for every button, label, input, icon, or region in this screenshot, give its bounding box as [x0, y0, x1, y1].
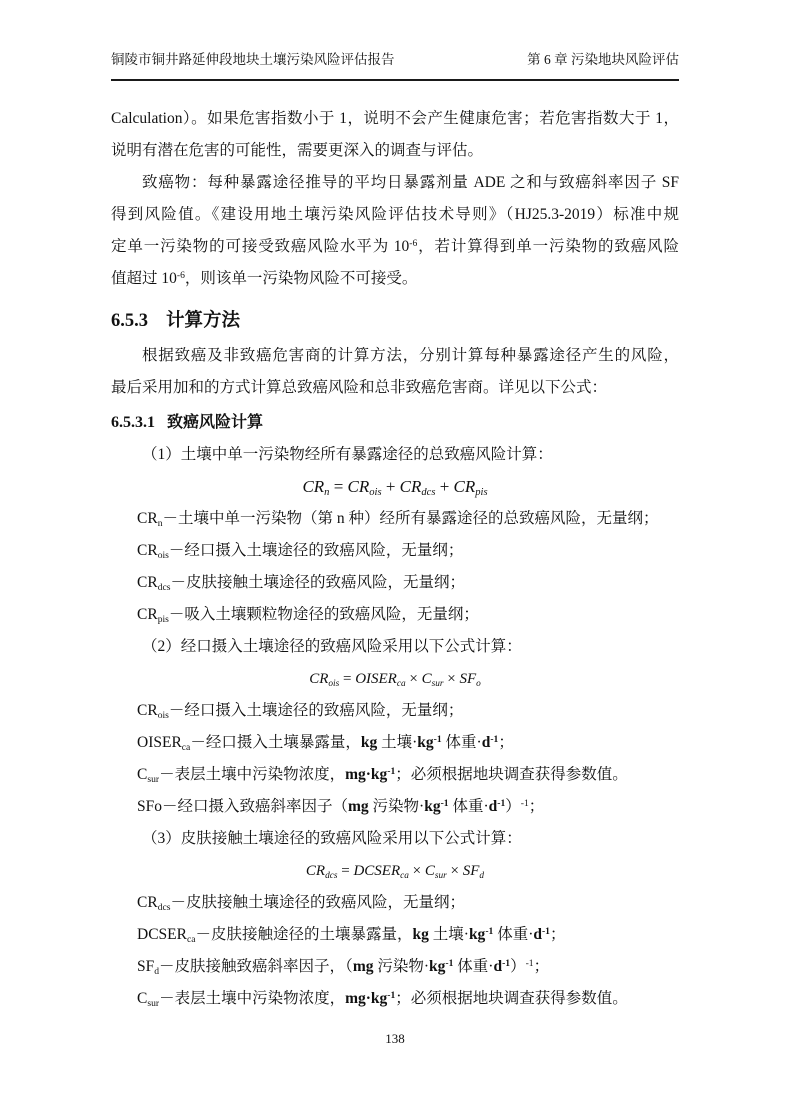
definition-line: CRn－土壤中单一污染物（第 n 种）经所有暴露途径的总致癌风险，无量纲； [111, 503, 679, 535]
definition-line: SFd－皮肤接触致癌斜率因子，（mg 污染物·kg-1 体重·d-1）-1； [111, 951, 679, 983]
header-chapter-title: 第 6 章 污染地块风险评估 [527, 50, 679, 70]
formula-oral-ingestion-risk: CRois = OISERca × Csur × SFo [111, 663, 679, 695]
body-line: 说明有潜在危害的可能性，需要更深入的调查与评估。 [111, 135, 679, 167]
body-line: 根据致癌及非致癌危害商的计算方法，分别计算每种暴露途径产生的风险， [111, 340, 679, 372]
section-heading-6-5-3: 6.5.3计算方法 [111, 301, 679, 340]
definition-line: CRpis－吸入土壤颗粒物途径的致癌风险，无量纲； [111, 599, 679, 631]
page-header: 铜陵市铜井路延伸段地块土壤污染风险评估报告 第 6 章 污染地块风险评估 [111, 0, 679, 70]
page-body: Calculation）。如果危害指数小于 1，说明不会产生健康危害；若危害指数… [111, 103, 679, 1015]
body-line: （3）皮肤接触土壤途径的致癌风险采用以下公式计算： [111, 823, 679, 855]
body-line: （2）经口摄入土壤途径的致癌风险采用以下公式计算： [111, 631, 679, 663]
formula-total-cancer-risk: CRn = CRois + CRdcs + CRpis [111, 471, 679, 503]
definition-line: CRdcs－皮肤接触土壤途径的致癌风险，无量纲； [111, 887, 679, 919]
definition-line: DCSERca－皮肤接触途径的土壤暴露量，kg 土壤·kg-1 体重·d-1； [111, 919, 679, 951]
body-line: 定单一污染物的可接受致癌风险水平为 10-6，若计算得到单一污染物的致癌风险 [111, 231, 679, 263]
body-line: 最后采用加和的方式计算总致癌风险和总非致癌危害商。详见以下公式： [111, 372, 679, 404]
definition-line: CRois－经口摄入土壤途径的致癌风险，无量纲； [111, 535, 679, 567]
formula-dermal-contact-risk: CRdcs = DCSERca × Csur × SFd [111, 855, 679, 887]
definition-line: SFo－经口摄入致癌斜率因子（mg 污染物·kg-1 体重·d-1）-1； [111, 791, 679, 823]
definition-line: Csur－表层土壤中污染物浓度，mg·kg-1；必须根据地块调查获得参数值。 [111, 983, 679, 1015]
definition-line: OISERca－经口摄入土壤暴露量，kg 土壤·kg-1 体重·d-1； [111, 727, 679, 759]
document-page: 铜陵市铜井路延伸段地块土壤污染风险评估报告 第 6 章 污染地块风险评估 Cal… [0, 0, 790, 1119]
body-line: 值超过 10-6，则该单一污染物风险不可接受。 [111, 263, 679, 295]
body-line: （1）土壤中单一污染物经所有暴露途径的总致癌风险计算： [111, 439, 679, 471]
definition-line: CRois－经口摄入土壤途径的致癌风险，无量纲； [111, 695, 679, 727]
page-number: 138 [111, 1029, 679, 1049]
body-line: 致癌物：每种暴露途径推导的平均日暴露剂量 ADE 之和与致癌斜率因子 SF [111, 167, 679, 199]
header-report-title: 铜陵市铜井路延伸段地块土壤污染风险评估报告 [111, 50, 395, 70]
subsection-heading-6-5-3-1: 6.5.3.1致癌风险计算 [111, 406, 679, 439]
header-rule [111, 79, 679, 81]
body-line: Calculation）。如果危害指数小于 1，说明不会产生健康危害；若危害指数… [111, 103, 679, 135]
body-line: 得到风险值。《建设用地土壤污染风险评估技术导则》（HJ25.3-2019）标准中… [111, 199, 679, 231]
definition-line: CRdcs－皮肤接触土壤途径的致癌风险，无量纲； [111, 567, 679, 599]
definition-line: Csur－表层土壤中污染物浓度，mg·kg-1；必须根据地块调查获得参数值。 [111, 759, 679, 791]
